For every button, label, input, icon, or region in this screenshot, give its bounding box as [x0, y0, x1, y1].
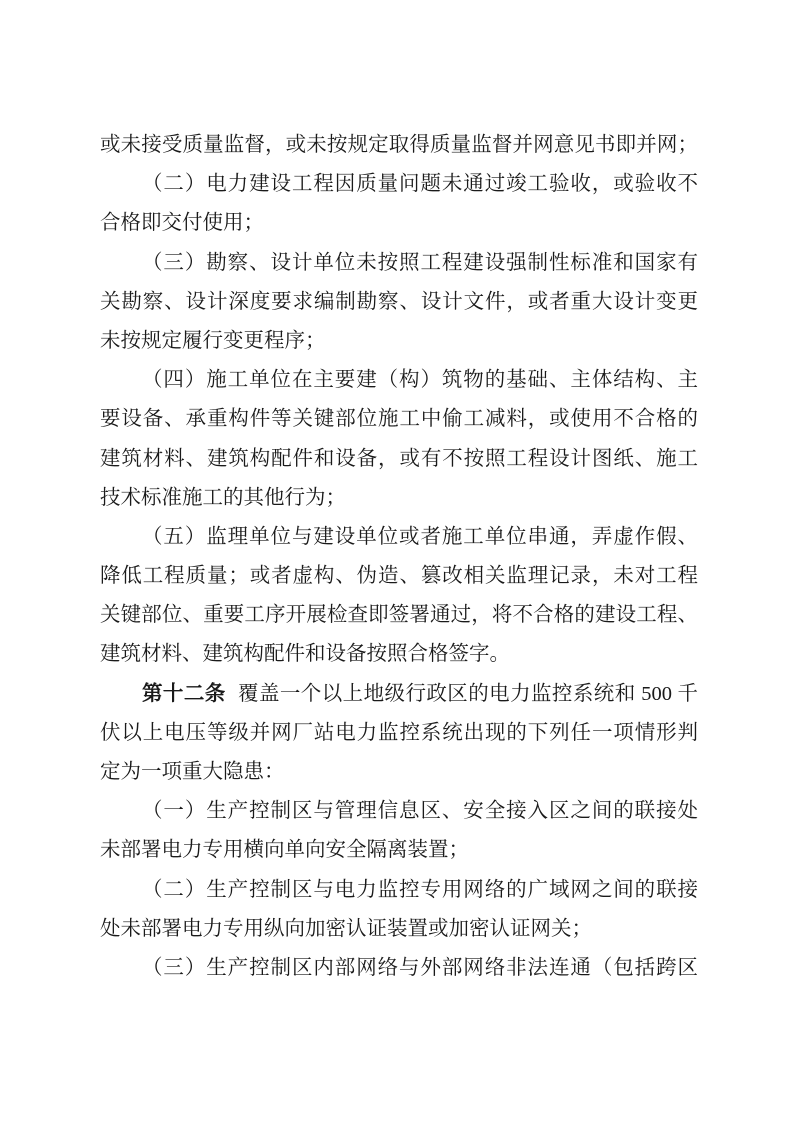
- paragraph-continuation-item-1: 或未接受质量监督，或未按规定取得质量监督并网意见书即并网；: [100, 126, 698, 165]
- text-line: 关勘察、设计深度要求编制勘察、设计文件，或者重大设计变更: [100, 283, 698, 322]
- text-line: 技术标准施工的其他行为；: [100, 479, 698, 518]
- text-line: 未部署电力专用横向单向安全隔离装置；: [100, 831, 698, 870]
- document-text-block: 或未接受质量监督，或未按规定取得质量监督并网意见书即并网； （二）电力建设工程因…: [100, 126, 698, 988]
- text-line: 处未部署电力专用纵向加密认证装置或加密认证网关；: [100, 910, 698, 949]
- document-page: 或未接受质量监督，或未按规定取得质量监督并网意见书即并网； （二）电力建设工程因…: [0, 0, 794, 1123]
- text-line: 或未接受质量监督，或未按规定取得质量监督并网意见书即并网；: [100, 126, 698, 165]
- paragraph-article-12-item-3: （三）生产控制区内部网络与外部网络非法连通（包括跨区: [100, 949, 698, 988]
- text-line: 建筑材料、建筑构配件和设备，或有不按照工程设计图纸、施工: [100, 440, 698, 479]
- text-line: 第十二条覆盖一个以上地级行政区的电力监控系统和 500 千: [100, 675, 698, 714]
- text-line: （三）勘察、设计单位未按照工程建设强制性标准和国家有: [100, 244, 698, 283]
- paragraph-article-12-item-1: （一）生产控制区与管理信息区、安全接入区之间的联接处 未部署电力专用横向单向安全…: [100, 792, 698, 870]
- text-line: （一）生产控制区与管理信息区、安全接入区之间的联接处: [100, 792, 698, 831]
- text-line: 关键部位、重要工序开展检查即签署通过，将不合格的建设工程、: [100, 596, 698, 635]
- text-line: 建筑材料、建筑构配件和设备按照合格签字。: [100, 635, 698, 674]
- text-line: 伏以上电压等级并网厂站电力监控系统出现的下列任一项情形判: [100, 714, 698, 753]
- paragraph-article-12: 第十二条覆盖一个以上地级行政区的电力监控系统和 500 千 伏以上电压等级并网厂…: [100, 675, 698, 793]
- paragraph-item-2: （二）电力建设工程因质量问题未通过竣工验收，或验收不 合格即交付使用；: [100, 165, 698, 243]
- paragraph-item-3: （三）勘察、设计单位未按照工程建设强制性标准和国家有 关勘察、设计深度要求编制勘…: [100, 244, 698, 362]
- text-line: （四）施工单位在主要建（构）筑物的基础、主体结构、主: [100, 361, 698, 400]
- text-line: （五）监理单位与建设单位或者施工单位串通，弄虚作假、: [100, 518, 698, 557]
- text-line: （三）生产控制区内部网络与外部网络非法连通（包括跨区: [100, 949, 698, 988]
- article-number: 第十二条: [142, 683, 226, 705]
- paragraph-item-4: （四）施工单位在主要建（构）筑物的基础、主体结构、主 要设备、承重构件等关键部位…: [100, 361, 698, 518]
- text-line: 未按规定履行变更程序；: [100, 322, 698, 361]
- paragraph-article-12-item-2: （二）生产控制区与电力监控专用网络的广域网之间的联接 处未部署电力专用纵向加密认…: [100, 871, 698, 949]
- text-line: （二）电力建设工程因质量问题未通过竣工验收，或验收不: [100, 165, 698, 204]
- text-line: 合格即交付使用；: [100, 204, 698, 243]
- text-line: 定为一项重大隐患：: [100, 753, 698, 792]
- text-line: （二）生产控制区与电力监控专用网络的广域网之间的联接: [100, 871, 698, 910]
- article-text: 覆盖一个以上地级行政区的电力监控系统和 500 千: [238, 683, 698, 705]
- paragraph-item-5: （五）监理单位与建设单位或者施工单位串通，弄虚作假、 降低工程质量；或者虚构、伪…: [100, 518, 698, 675]
- text-line: 要设备、承重构件等关键部位施工中偷工减料，或使用不合格的: [100, 400, 698, 439]
- text-line: 降低工程质量；或者虚构、伪造、篡改相关监理记录，未对工程: [100, 557, 698, 596]
